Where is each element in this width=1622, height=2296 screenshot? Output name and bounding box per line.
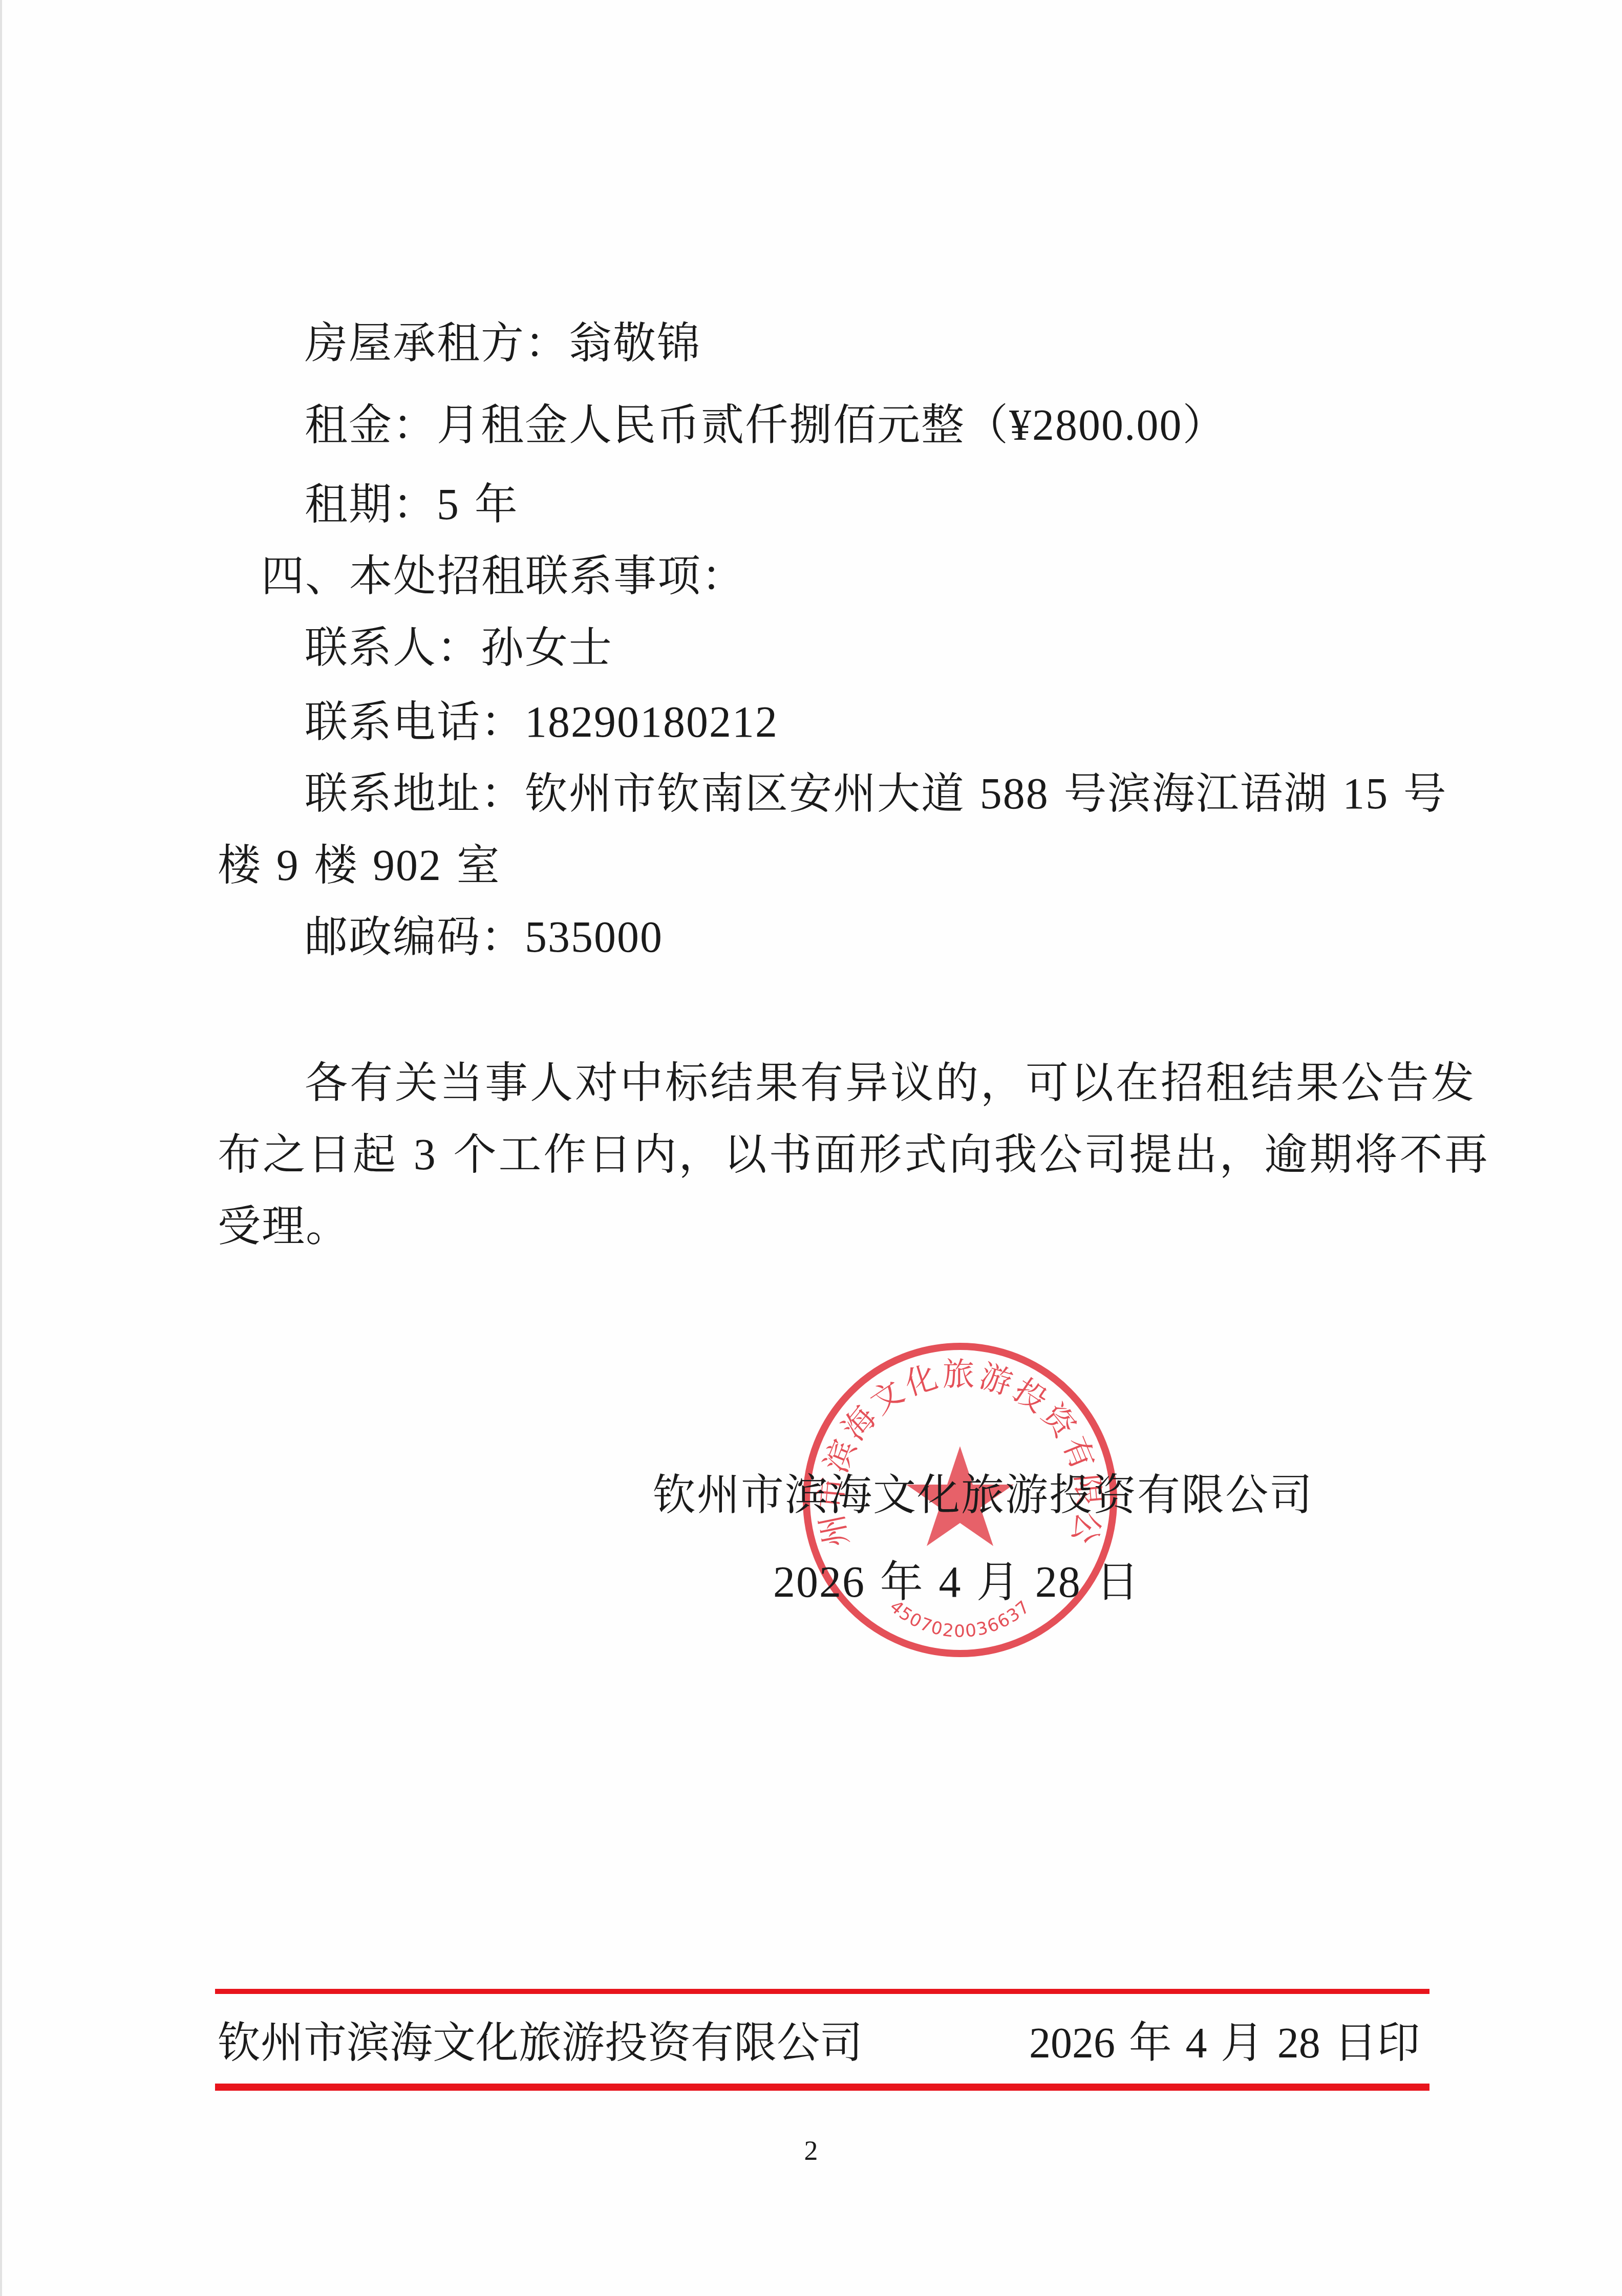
address-number: 902 bbox=[373, 841, 442, 890]
document-page: 房屋承租方：翁敬锦 租金：月租金人民币贰仟捌佰元整（¥2800.00） 租期：5… bbox=[0, 0, 1622, 2296]
address-line-1: 联系地址：钦州市钦南区安州大道 588 号滨海江语湖 15 号 bbox=[305, 768, 1447, 819]
signature-date: 2026 年 4 月 28 日 bbox=[773, 1556, 1140, 1607]
footer-company: 钦州市滨海文化旅游投资有限公司 bbox=[218, 2017, 863, 2068]
tenant-value: 翁敬锦 bbox=[569, 318, 701, 368]
objection-text: 布之日起 bbox=[218, 1129, 414, 1179]
rent-value-amount: ¥2800.00 bbox=[1009, 400, 1183, 449]
rent-value-close: ） bbox=[1183, 400, 1227, 450]
contact-person-label: 联系人： bbox=[305, 623, 481, 673]
print-unit: 年 bbox=[1115, 2018, 1185, 2068]
contact-heading: 四、本处招租联系事项： bbox=[261, 550, 745, 602]
date-unit: 月 bbox=[962, 1557, 1035, 1607]
term-label: 租期： bbox=[305, 479, 437, 529]
objection-text: 个工作日内，以书面形式向我公司提出，逾期将不再 bbox=[438, 1129, 1490, 1179]
address-line-2: 楼 9 楼 902 室 bbox=[218, 840, 501, 891]
page-number: 2 bbox=[804, 2135, 818, 2166]
date-unit: 年 bbox=[865, 1557, 938, 1607]
signature-company: 钦州市滨海文化旅游投资有限公司 bbox=[653, 1469, 1313, 1520]
address-text: 号滨海江语湖 bbox=[1049, 768, 1342, 819]
date-day: 28 bbox=[1035, 1557, 1081, 1606]
phone-label: 联系电话： bbox=[305, 697, 525, 747]
print-unit: 日印 bbox=[1320, 2018, 1420, 2068]
objection-line-1: 各有关当事人对中标结果有异议的，可以在招租结果公告发 bbox=[305, 1057, 1476, 1108]
address-text: 钦州市钦南区安州大道 bbox=[525, 768, 980, 819]
address-text: 楼 bbox=[218, 840, 276, 890]
objection-line-2: 布之日起 3 个工作日内，以书面形式向我公司提出，逾期将不再 bbox=[218, 1129, 1489, 1180]
tenant-label: 房屋承租方： bbox=[305, 318, 569, 368]
phone-value: 18290180212 bbox=[525, 697, 778, 746]
contact-person-line: 联系人：孙女士 bbox=[305, 622, 613, 673]
address-text: 楼 bbox=[300, 840, 373, 890]
rent-value-text: 月租金人民币贰仟捌佰元整（ bbox=[437, 400, 1009, 450]
scan-edge bbox=[0, 0, 2, 2296]
tenant-line: 房屋承租方：翁敬锦 bbox=[305, 317, 701, 369]
footer-rule-top bbox=[215, 1989, 1429, 1994]
objection-line-3: 受理。 bbox=[218, 1200, 350, 1252]
objection-days: 3 bbox=[414, 1130, 438, 1179]
print-unit: 月 bbox=[1207, 2018, 1277, 2068]
term-line: 租期：5 年 bbox=[305, 479, 519, 530]
rent-line: 租金：月租金人民币贰仟捌佰元整（¥2800.00） bbox=[305, 399, 1227, 450]
print-day: 28 bbox=[1277, 2020, 1320, 2067]
address-number: 9 bbox=[276, 841, 300, 890]
phone-line: 联系电话：18290180212 bbox=[305, 696, 778, 747]
term-value: 5 bbox=[437, 480, 460, 529]
date-year: 2026 bbox=[773, 1557, 865, 1606]
postcode-line: 邮政编码：535000 bbox=[305, 911, 663, 962]
date-month: 4 bbox=[938, 1557, 962, 1606]
address-text: 号 bbox=[1389, 768, 1447, 819]
address-text: 室 bbox=[442, 840, 501, 890]
term-unit: 年 bbox=[460, 479, 519, 529]
address-number: 588 bbox=[980, 769, 1049, 818]
print-year: 2026 bbox=[1029, 2020, 1115, 2067]
address-number: 15 bbox=[1342, 769, 1389, 818]
rent-label: 租金： bbox=[305, 400, 437, 450]
contact-person-value: 孙女士 bbox=[481, 623, 613, 673]
postcode-label: 邮政编码： bbox=[305, 912, 525, 962]
footer-print-date: 2026 年 4 月 28 日印 bbox=[1029, 2017, 1420, 2069]
date-unit: 日 bbox=[1081, 1557, 1140, 1607]
postcode-value: 535000 bbox=[525, 912, 663, 961]
address-label: 联系地址： bbox=[305, 768, 525, 819]
footer-rule-bottom bbox=[215, 2084, 1429, 2091]
print-month: 4 bbox=[1185, 2020, 1207, 2067]
